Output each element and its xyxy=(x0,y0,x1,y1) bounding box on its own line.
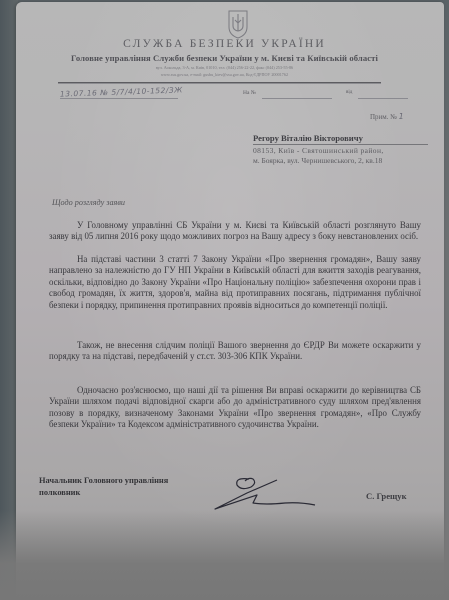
copy-number-value: 1 xyxy=(399,112,404,121)
copy-number-label: Прим. № xyxy=(370,113,397,121)
signatory-position: Начальник Головного управління xyxy=(39,475,168,487)
body-paragraph-2: На підставі частини 3 статті 7 Закону Ук… xyxy=(49,254,421,311)
body-paragraph-4: Одночасно роз'яснюємо, що наші дії та рі… xyxy=(49,385,421,431)
registration-underline xyxy=(60,98,178,99)
addressee-address-line2: м. Боярка, вул. Чернишевського, 2, кв.18 xyxy=(253,156,382,165)
reference-number-underline xyxy=(262,98,332,99)
copy-number: Прим. № 1 xyxy=(370,112,404,121)
photo-shadow xyxy=(0,510,449,600)
paragraph-text: У Головному управлінні СБ України у м. К… xyxy=(49,220,421,243)
paragraph-text: Одночасно роз'яснюємо, що наші дії та рі… xyxy=(49,385,421,431)
addressee-name: Регору Віталію Вікторовичу xyxy=(253,133,363,143)
organization-name: СЛУЖБА БЕЗПЕКИ УКРАЇНИ xyxy=(0,38,449,50)
body-paragraph-1: У Головному управлінні СБ України у м. К… xyxy=(49,220,421,243)
paragraph-text: На підставі частини 3 статті 7 Закону Ук… xyxy=(49,254,421,311)
reference-number-label: На № xyxy=(243,90,256,104)
signatory-rank: полковник xyxy=(39,487,168,499)
header-divider xyxy=(58,82,381,84)
contacts-web: www.ssu.gov.ua, e-mail: gusbu_kiev@ssu.g… xyxy=(0,72,449,77)
addressee-divider xyxy=(253,144,428,145)
paragraph-text: Також, не внесення слідчим поліції Вашог… xyxy=(49,340,421,363)
contacts-address: вул. Аскольда, 3-А, м. Київ, 01010, тел.… xyxy=(0,65,449,70)
signatory-title: Начальник Головного управління полковник xyxy=(39,475,168,498)
body-paragraph-3: Також, не внесення слідчим поліції Вашог… xyxy=(49,340,421,363)
reference-date-underline xyxy=(358,98,408,99)
trident-coat-of-arms-icon xyxy=(227,9,249,39)
letter-subject: Щодо розгляду заяви xyxy=(52,198,125,207)
reference-date-label: від xyxy=(346,90,352,104)
signatory-name: С. Грещук xyxy=(366,491,407,501)
department-name: Головне управління Служби безпеки Україн… xyxy=(0,53,449,63)
addressee-address-line1: 08153, Київ - Святошинський район, xyxy=(253,146,384,155)
